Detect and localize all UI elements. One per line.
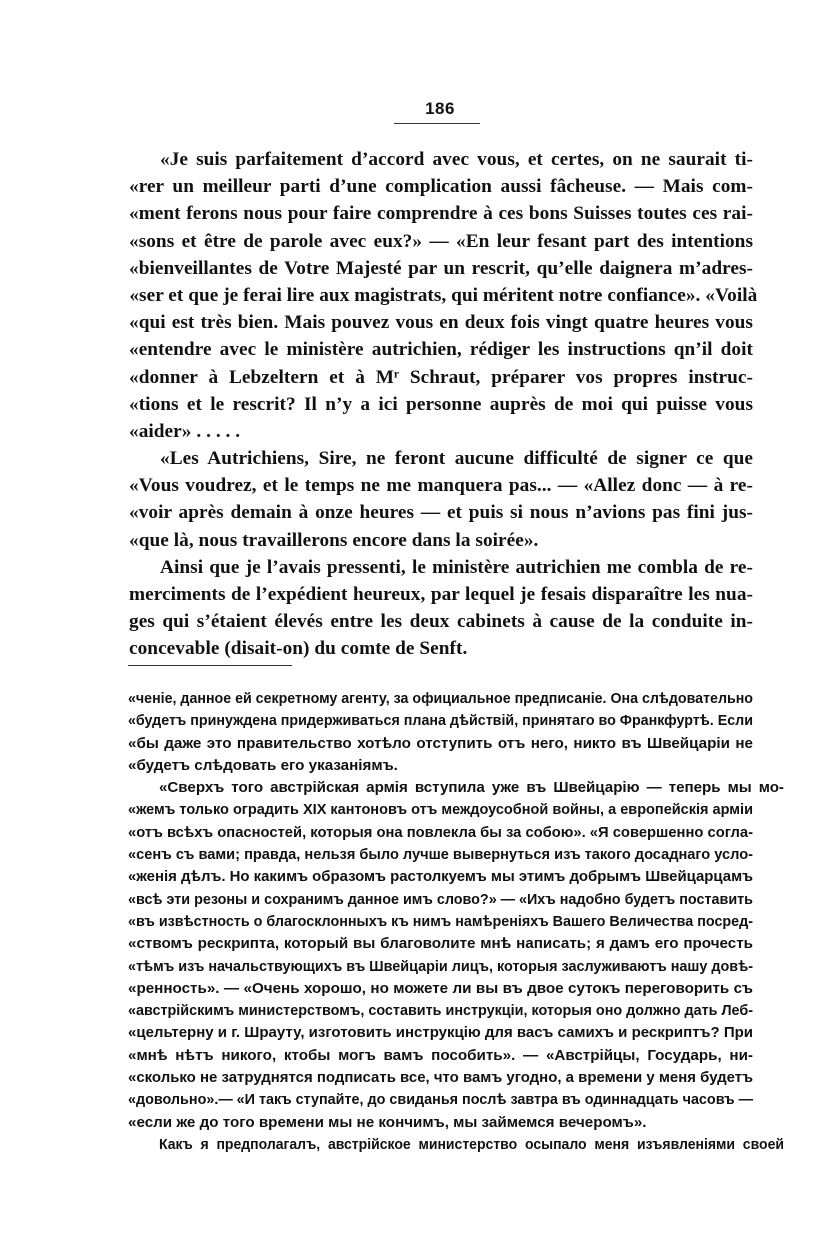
footnote-line: «ренность». — «Очень хорошо, но можете л… xyxy=(128,978,753,1000)
footnote-line: «отъ всѣхъ опасностей, которыя она повле… xyxy=(128,822,753,844)
main-text-line: «bienveillantes de Votre Majesté par un … xyxy=(129,255,753,282)
main-text-line: «tions et le rescrit? Il n’y a ici perso… xyxy=(129,391,753,418)
main-text-line: «ment ferons nous pour faire comprendre … xyxy=(129,200,753,227)
footnote-line: «будетъ принуждена придерживаться плана … xyxy=(128,710,753,732)
footnote-line: «сенъ съ вами; правда, нельзя было лучше… xyxy=(128,844,753,866)
main-text-line: concevable (disait-on) du comte de Senft… xyxy=(129,635,753,662)
page-number: 186 xyxy=(0,99,820,119)
main-text-line: «donner à Lebzeltern et à Mʳ Schraut, pr… xyxy=(129,364,753,391)
main-text-line: «Vous voudrez, et le temps ne me manquer… xyxy=(129,472,753,499)
main-text-line: «rer un meilleur parti d’une complicatio… xyxy=(129,173,753,200)
footnote-line: «бы даже это правительство хотѣло отступ… xyxy=(128,733,753,755)
footnote-line: «жемъ только оградить XIX кантоновъ отъ … xyxy=(128,799,753,821)
main-text-line: «Je suis parfaitement d’accord avec vous… xyxy=(129,146,753,173)
main-text-line: «Les Autrichiens, Sire, ne feront aucune… xyxy=(129,445,753,472)
footnote-line: Какъ я предполагалъ, австрійское министе… xyxy=(128,1134,784,1156)
main-text-line: «voir après demain à onze heures — et pu… xyxy=(129,499,753,526)
footnote-line: «въ извѣстность о благосклонныхъ къ нимъ… xyxy=(128,911,753,933)
footnote-line: «австрійскимъ министерствомъ, составить … xyxy=(128,1000,753,1022)
book-page: 186 «Je suis parfaitement d’accord avec … xyxy=(0,0,820,1256)
main-text-line: «ser et que je ferai lire aux magistrats… xyxy=(129,282,753,309)
footnote-line: «если же до того времени мы не кончимъ, … xyxy=(128,1112,753,1134)
page-number-rule xyxy=(394,123,480,124)
main-text-line: «aider» . . . . . xyxy=(129,418,753,445)
footnote-line: «Сверхъ того австрійская армія вступила … xyxy=(128,777,784,799)
main-text-line: «sons et être de parole avec eux?» — «En… xyxy=(129,228,753,255)
footnote-line: «всѣ эти резоны и сохранимъ данное имъ с… xyxy=(128,889,753,911)
footnote-line: «мнѣ нѣтъ никого, ктобы могъ вамъ пособи… xyxy=(128,1045,753,1067)
footnote-line: «тѣмъ изъ начальствующихъ въ Швейцаріи л… xyxy=(128,956,753,978)
footnote-line: «цельтерну и г. Шрауту, изготовить инстр… xyxy=(128,1022,753,1044)
footnote-line: «ствомъ рескрипта, который вы благоволит… xyxy=(128,933,753,955)
main-text-line: Ainsi que je l’avais pressenti, le minis… xyxy=(129,554,753,581)
footnote-text-block: «ченіе, данное ей секретному агенту, за … xyxy=(128,688,753,1156)
footnote-line: «женія дѣлъ. Но какимъ образомъ растолку… xyxy=(128,866,753,888)
main-text-line: «que là, nous travaillerons encore dans … xyxy=(129,527,753,554)
main-text-line: merciments de l’expédient heureux, par l… xyxy=(129,581,753,608)
footnote-line: «довольно».— «И такъ ступайте, до свидан… xyxy=(128,1089,753,1111)
footnote-line: «ченіе, данное ей секретному агенту, за … xyxy=(128,688,753,710)
main-text-line: «qui est très bien. Mais pouvez vous en … xyxy=(129,309,753,336)
main-text-line: «entendre avec le ministère autrichien, … xyxy=(129,336,753,363)
footnote-line: «сколько не затруднятся подписать все, ч… xyxy=(128,1067,753,1089)
footnote-line: «будетъ слѣдовать его указаніямъ. xyxy=(128,755,753,777)
footnote-divider xyxy=(128,665,292,666)
main-text-line: ges qui s’étaient élevés entre les deux … xyxy=(129,608,753,635)
main-text-block: «Je suis parfaitement d’accord avec vous… xyxy=(129,146,753,663)
